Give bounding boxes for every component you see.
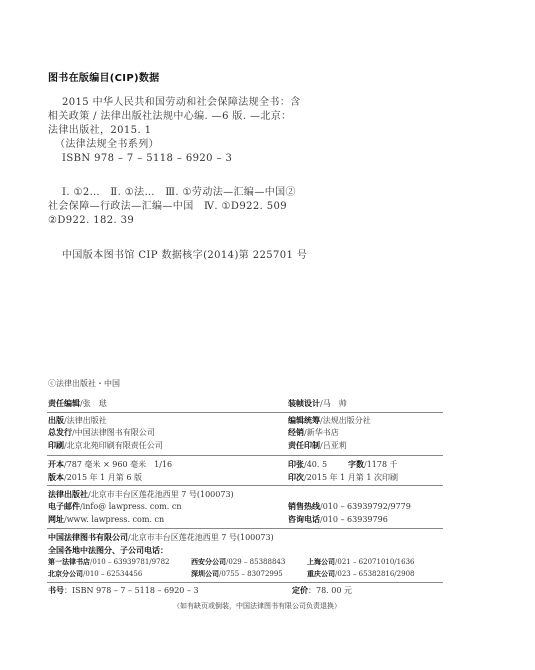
cip-record-number: 中国版本图书馆 CIP 数据核字(2014)第 225701 号: [62, 249, 307, 263]
branch-company-address: 中国法律图书有限公司/北京市丰台区莲花池西里 7 号(100073): [48, 532, 274, 544]
credit-publisher: 出版/法律出版社: [48, 415, 107, 427]
classification-line-1: Ⅰ. ①2… Ⅱ. ①法… Ⅲ. ①劳动法—汇编—中国②: [62, 186, 296, 200]
branch-item: 深圳公司/0755 – 83072995: [191, 569, 283, 580]
spec-sheets: 印张/40. 5: [288, 459, 327, 471]
divider: [47, 582, 443, 583]
credit-general-distributor: 总发行/中国法律图书有限公司: [48, 427, 155, 439]
cip-line-isbn: ISBN 978 – 7 – 5118 – 6920 – 3: [62, 152, 232, 166]
website-link[interactable]: www. lawpress. com. cn: [67, 515, 164, 524]
price: 定价：78. 00 元: [292, 585, 352, 597]
value: 马 帅: [323, 399, 347, 408]
cip-line-2: 相关政策 / 法律出版社法规中心编. —6 版. —北京：: [48, 110, 292, 124]
cip-line-1: 2015 中华人民共和国劳动和社会保障法规全书：含: [62, 96, 301, 110]
credit-distributor: 经销/新华书店: [288, 427, 339, 439]
contact-website: 网址/www. lawpress. com. cn: [48, 514, 164, 526]
return-notice: （如有缺页或倒装，中国法律图书有限公司负责退换）: [173, 601, 341, 612]
credit-editor: 责任编辑/张 琺: [48, 398, 107, 410]
spec-edition: 版本/2015 年 1 月第 6 版: [48, 472, 142, 484]
divider: [47, 412, 443, 413]
branch-item: 上海公司/021 – 62071010/1636: [307, 557, 414, 568]
copyright-line: ⓒ法律出版社・中国: [48, 378, 120, 390]
credit-printer: 印刷/北京北苑印刷有限责任公司: [48, 440, 163, 452]
branch-item: 西安分公司/029 – 85388843: [191, 557, 285, 568]
cip-line-3: 法律出版社，2015. 1: [48, 124, 151, 138]
divider: [47, 528, 443, 529]
branches-heading: 全国各地中法图分、子公司电话：: [48, 545, 168, 557]
classification-line-2: 社会保障—行政法—汇编—中国 Ⅳ. ①D922. 509: [48, 200, 287, 214]
spec-format: 开本/787 毫米 × 960 毫米 1/16: [48, 459, 172, 471]
divider: [47, 455, 443, 456]
branch-item: 北京分公司/010 – 62534456: [48, 569, 142, 580]
cip-line-4: （法律法规全书系列）: [55, 138, 159, 152]
branch-item: 重庆公司/023 – 65382816/2908: [307, 569, 414, 580]
branch-item: 第一法律书店/010 – 63939781/9782: [48, 557, 169, 568]
book-number: 书号：ISBN 978 – 7 – 5118 – 6920 – 3: [48, 585, 199, 597]
label: 装帧设计: [288, 399, 320, 408]
classification-line-3: ②D922. 182. 39: [48, 214, 134, 228]
credit-print-supervisor: 责任印制/吕亚莉: [288, 440, 347, 452]
label: 责任编辑: [48, 399, 80, 408]
contact-inquiry-phone: 咨询电话/010 – 63939796: [288, 514, 388, 526]
spec-printing: 印次/2015 年 1 月第 1 次印刷: [288, 472, 398, 484]
cip-title: 图书在版编目(CIP)数据: [48, 69, 159, 84]
spec-word-count: 字数/1178 千: [348, 459, 398, 471]
contact-publisher-address: 法律出版社/北京市丰台区莲花池西里 7 号(100073): [48, 489, 234, 501]
credit-editing-coordination: 编辑统筹/法规出版分社: [288, 415, 371, 427]
credit-cover-design: 装帧设计/马 帅: [288, 398, 347, 410]
contact-sales-hotline: 销售热线/010 – 63939792/9779: [288, 501, 411, 513]
value: 张 琺: [83, 399, 107, 408]
email-link[interactable]: info@ lawpress. com. cn: [83, 502, 182, 511]
contact-email: 电子邮件/info@ lawpress. com. cn: [48, 501, 182, 513]
divider: [47, 485, 443, 486]
